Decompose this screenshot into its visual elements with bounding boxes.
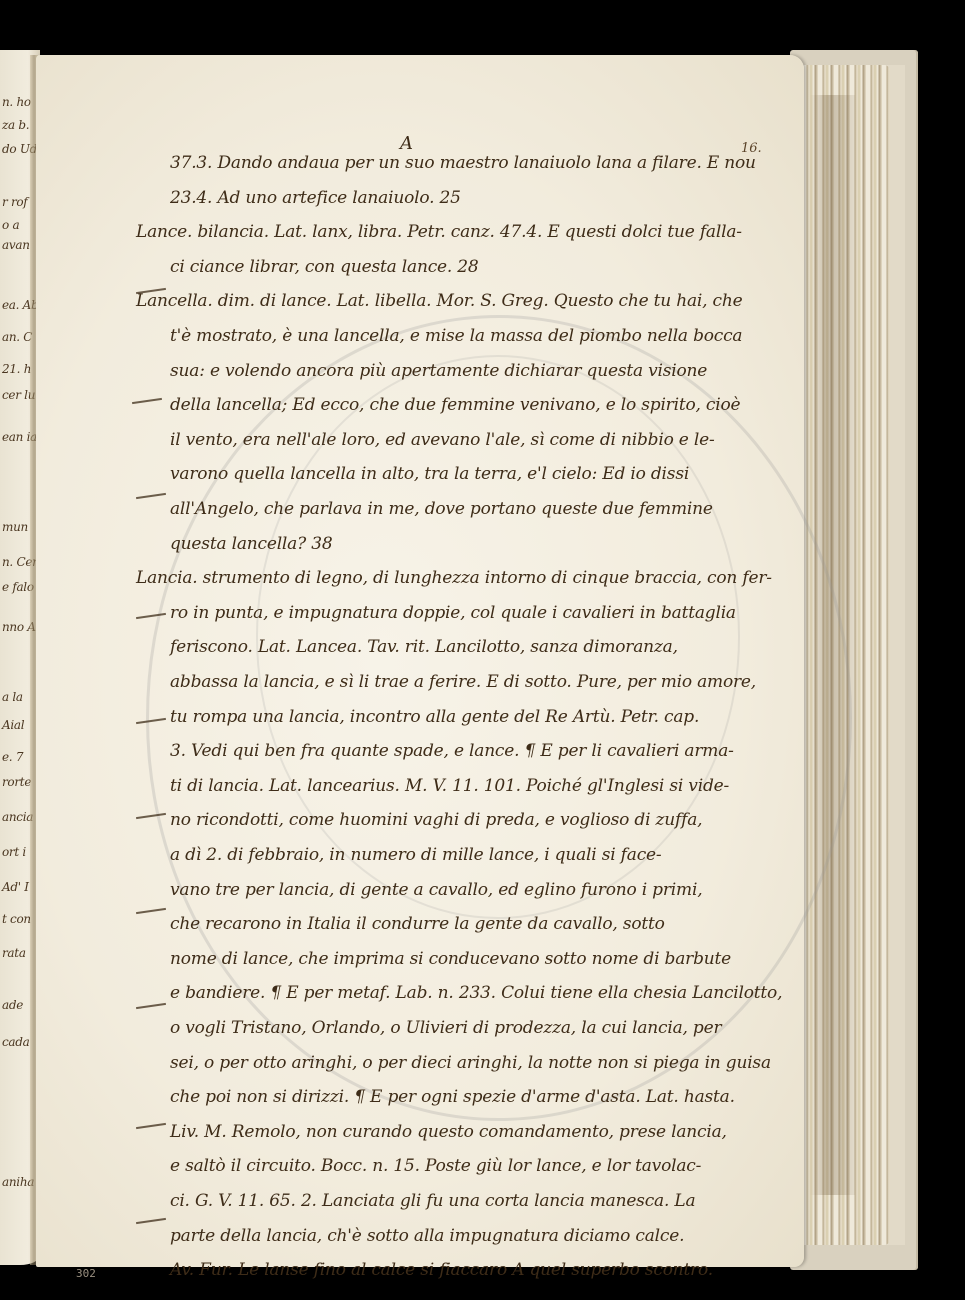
manuscript-line: parte della lancia, ch'è sotto alla impu… bbox=[170, 1226, 684, 1246]
margin-dash bbox=[136, 1123, 166, 1129]
manuscript-line: ci. G. V. 11. 65. 2. Lanciata gli fu una… bbox=[170, 1191, 695, 1211]
left-page-fragment: a la bbox=[2, 690, 23, 704]
left-page-fragment: avan bbox=[2, 238, 30, 252]
manuscript-line: ti di lancia. Lat. lancearius. M. V. 11.… bbox=[170, 776, 729, 796]
manuscript-line: o vogli Tristano, Orlando, o Ulivieri di… bbox=[170, 1018, 721, 1038]
left-page-fragment: r rof bbox=[2, 195, 27, 209]
left-page-fragment: e falo bbox=[2, 580, 34, 594]
manuscript-line: ci ciance librar, con questa lance. 28 bbox=[170, 257, 479, 277]
left-page-fragment: e. 7 bbox=[2, 750, 23, 764]
left-page-fragment: za b. bbox=[2, 118, 29, 132]
margin-dash bbox=[136, 908, 166, 914]
manuscript-line: nome di lance, che imprima si conducevan… bbox=[170, 949, 731, 969]
manuscript-line: questa lancella? 38 bbox=[170, 534, 332, 554]
manuscript-line: 23.4. Ad uno artefice lanaiuolo. 25 bbox=[170, 188, 461, 208]
left-page-fragment: o a bbox=[2, 218, 19, 232]
manuscript-line: Lancella. dim. di lance. Lat. libella. M… bbox=[136, 291, 742, 311]
margin-dash bbox=[136, 1003, 166, 1009]
margin-dash bbox=[136, 493, 166, 499]
manuscript-line: tu rompa una lancia, incontro alla gente… bbox=[170, 707, 699, 727]
manuscript-line: Av. Fur. Le lanse fino al calce si fiacc… bbox=[170, 1260, 713, 1280]
manuscript-line: sei, o per otto aringhi, o per dieci ari… bbox=[170, 1053, 771, 1073]
margin-dash bbox=[136, 718, 166, 724]
manuscript-line: a dì 2. di febbraio, in numero di mille … bbox=[170, 845, 661, 865]
manuscript-line: all'Angelo, che parlava in me, dove port… bbox=[170, 499, 713, 519]
left-page-fragment: mun bbox=[2, 520, 28, 534]
shelfmark: 302 bbox=[76, 1267, 96, 1280]
header-letter: A bbox=[400, 133, 413, 154]
manuscript-line: Lancia. strumento di legno, di lunghezza… bbox=[136, 568, 772, 588]
left-page-fragment: n. ho bbox=[2, 95, 31, 109]
left-page-fragment: rorte bbox=[2, 775, 31, 789]
manuscript-line: varono quella lancella in alto, tra la t… bbox=[170, 464, 689, 484]
left-page-fragment: ort i bbox=[2, 845, 26, 859]
left-page-fragment: Aial bbox=[2, 718, 24, 732]
margin-dash bbox=[136, 613, 166, 619]
left-page-fragment: an. C bbox=[2, 330, 32, 344]
manuscript-line: Liv. M. Remolo, non curando questo coman… bbox=[170, 1122, 727, 1142]
manuscript-line: che poi non si dirizzi. ¶ E per ogni spe… bbox=[170, 1087, 735, 1107]
manuscript-line: e saltò il circuito. Bocc. n. 15. Poste … bbox=[170, 1156, 701, 1176]
left-page-fragment: t con bbox=[2, 912, 31, 926]
manuscript-line: abbassa la lancia, e sì li trae a ferire… bbox=[170, 672, 756, 692]
manuscript-page: A 16. 37.3. Dando andaua per un suo maes… bbox=[36, 55, 804, 1267]
manuscript-line: e bandiere. ¶ E per metaf. Lab. n. 233. … bbox=[170, 983, 782, 1003]
manuscript-line: della lancella; Ed ecco, che due femmine… bbox=[170, 395, 740, 415]
manuscript-line: 37.3. Dando andaua per un suo maestro la… bbox=[170, 153, 756, 173]
manuscript-line: feriscono. Lat. Lancea. Tav. rit. Lancil… bbox=[170, 637, 678, 657]
manuscript-line: 3. Vedi qui ben fra quante spade, e lanc… bbox=[170, 741, 734, 761]
left-page-fragment: cada bbox=[2, 1035, 30, 1049]
manuscript-line: vano tre per lancia, di gente a cavallo,… bbox=[170, 880, 702, 900]
manuscript-line: no ricondotti, come huomini vaghi di pre… bbox=[170, 810, 702, 830]
left-page-fragment: ade bbox=[2, 998, 23, 1012]
margin-dash bbox=[132, 398, 162, 404]
left-page-fragment: ancia bbox=[2, 810, 33, 824]
margin-dash bbox=[136, 1218, 166, 1224]
left-page-fragment: 21. h bbox=[2, 362, 31, 376]
manuscript-line: sua: e volendo ancora più apertamente di… bbox=[170, 361, 707, 381]
margin-dash bbox=[136, 813, 166, 819]
left-page-fragment: rata bbox=[2, 946, 26, 960]
manuscript-line: Lance. bilancia. Lat. lanx, libra. Petr.… bbox=[136, 222, 742, 242]
manuscript-line: il vento, era nell'ale loro, ed avevano … bbox=[170, 430, 715, 450]
manuscript-line: ro in punta, e impugnatura doppie, col q… bbox=[170, 603, 736, 623]
left-page-fragment: Ad' I bbox=[2, 880, 29, 894]
manuscript-line: che recarono in Italia il condurre la ge… bbox=[170, 914, 665, 934]
manuscript-line: t'è mostrato, è una lancella, e mise la … bbox=[170, 326, 742, 346]
